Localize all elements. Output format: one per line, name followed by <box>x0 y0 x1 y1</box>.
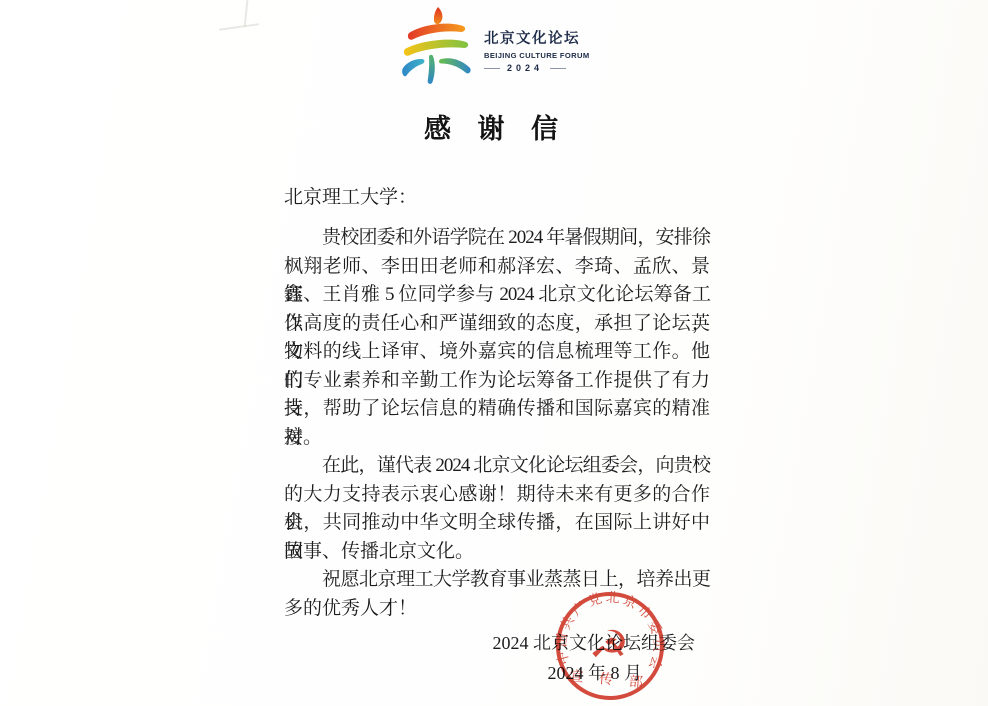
salutation: 北京理工大学： <box>284 183 710 213</box>
scan-artifact-line <box>219 23 259 30</box>
forum-logo-mark-icon <box>396 6 478 92</box>
body-line: 祝愿北京理工大学教育事业蒸蒸日上，培养出更 <box>284 566 710 595</box>
body-line: 的大力支持表示衷心感谢！期待未来有更多的合作机 <box>284 481 710 510</box>
body-line: 持，帮助了论坛信息的精确传播和国际嘉宾的精准对 <box>284 395 710 424</box>
body-line: 贵校团委和外语学院在 2024 年暑假期间，安排徐 <box>284 224 710 253</box>
body-line: 故事、传播北京文化。 <box>284 538 710 567</box>
letter-page: 北京文化论坛 BEIJING CULTURE FORUM 2024 感 谢 信 … <box>0 0 988 706</box>
body-line: 会，共同推动中华文明全球传播，在国际上讲好中国 <box>284 509 710 538</box>
body-line: 钰、王肖雅 5 位同学参与 2024 北京文化论坛筹备工作， <box>284 281 710 310</box>
scan-artifact-line <box>244 0 248 27</box>
body-line: 的专业素养和辛勤工作为论坛筹备工作提供了有力支 <box>284 367 710 396</box>
body-line: 在此，谨代表 2024 北京文化论坛组委会，向贵校 <box>284 452 710 481</box>
signature-org: 2024 北京文化论坛组委会 <box>284 629 710 657</box>
body-line: 多的优秀人才！ <box>284 595 710 624</box>
body-line: 接。 <box>284 424 710 453</box>
forum-logo-text: 北京文化论坛 BEIJING CULTURE FORUM 2024 <box>484 6 590 73</box>
forum-logo: 北京文化论坛 BEIJING CULTURE FORUM 2024 <box>396 6 590 92</box>
letter-body: 北京理工大学： 贵校团委和外语学院在 2024 年暑假期间，安排徐 枫翔老师、李… <box>284 183 710 687</box>
body-line: 物料的线上译审、境外嘉宾的信息梳理等工作。他们 <box>284 338 710 367</box>
forum-year: 2024 <box>507 63 543 73</box>
body-line: 枫翔老师、李田田老师和郝泽宏、李琦、孟欣、景鑫 <box>284 253 710 282</box>
forum-year-row: 2024 <box>484 63 590 73</box>
forum-title-zh: 北京文化论坛 <box>484 27 590 48</box>
body-line: 以高度的责任心和严谨细致的态度，承担了论坛英文 <box>284 310 710 339</box>
forum-title-en: BEIJING CULTURE FORUM <box>484 51 590 60</box>
year-dash-left <box>484 68 500 69</box>
year-dash-right <box>550 68 566 69</box>
signature-date: 2024 年 8 月 <box>284 659 710 687</box>
letter-title: 感 谢 信 <box>0 107 988 146</box>
